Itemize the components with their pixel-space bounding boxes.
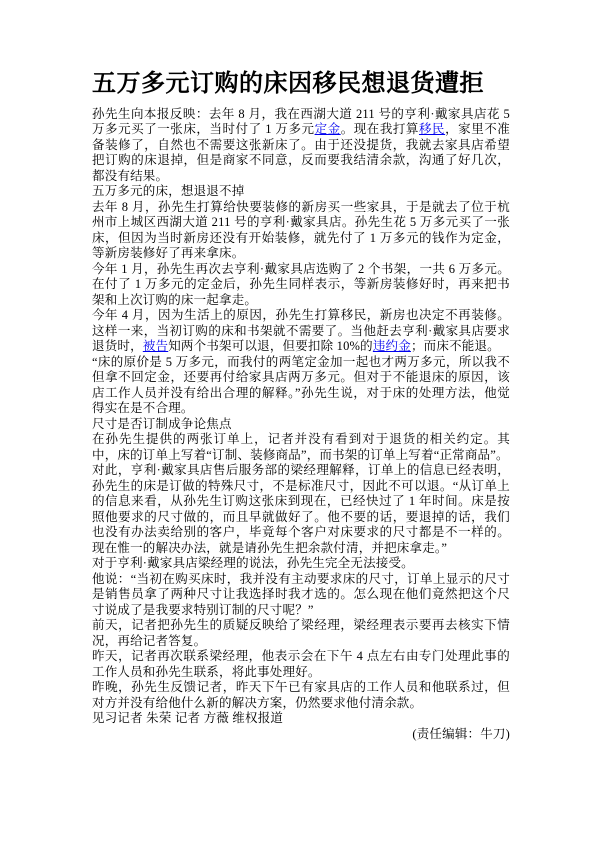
section-subhead: 尺寸是否订制成争论焦点	[92, 417, 510, 433]
inline-link[interactable]: 被告	[143, 339, 168, 353]
article-paragraph: 去年 8 月，孙先生打算给快要装修的新房买一些家具，于是就去了位于杭州市上城区西…	[92, 200, 510, 262]
article-page: 五万多元订购的床因移民想退货遭拒 孙先生向本报反映：去年 8 月，我在西湖大道 …	[0, 0, 595, 842]
article-paragraph: 昨晚，孙先生反馈记者，昨天下午已有家具店的工作人员和他联系过，但对方并没有给他什…	[92, 680, 510, 711]
editor-credit: (责任编辑：牛刀)	[92, 727, 510, 743]
article-paragraph: 昨天，记者再次联系梁经理，他表示会在下午 4 点左右由专门处理此事的工作人员和孙…	[92, 649, 510, 680]
article-paragraph: 对于亨利·戴家具店梁经理的说法，孙先生完全无法接受。	[92, 556, 510, 572]
article-paragraph: 前天，记者把孙先生的质疑反映给了梁经理，梁经理表示要再去核实下情况，再给记者答复…	[92, 618, 510, 649]
inline-link[interactable]: 移民	[419, 122, 445, 136]
section-subhead: 五万多元的床，想退退不掉	[92, 184, 510, 200]
article-paragraph: 孙先生向本报反映：去年 8 月，我在西湖大道 211 号的亨利·戴家具店花 5 …	[92, 107, 510, 185]
inline-link[interactable]: 定金	[315, 122, 341, 136]
article-paragraph: “床的原价是 5 万多元，而我付的两笔定金加一起也才两万多元，所以我不但拿不回定…	[92, 355, 510, 417]
article-title: 五万多元订购的床因移民想退货遭拒	[92, 71, 510, 98]
article-paragraph: 对此，亨利·戴家具店售后服务部的梁经理解释，订单上的信息已经表明，孙先生的床是订…	[92, 463, 510, 556]
byline: 见习记者 朱荣 记者 方薇 维权报道	[92, 711, 510, 727]
article-paragraph: 他说：“当初在购买床时，我并没有主动要求床的尺寸，订单上显示的尺寸是销售员拿了两…	[92, 572, 510, 619]
inline-link[interactable]: 违约金	[373, 339, 411, 353]
article-paragraph: 今年 4 月，因为生活上的原因，孙先生打算移民，新房也决定不再装修。这样一来，当…	[92, 308, 510, 355]
article-paragraph: 在孙先生提供的两张订单上，记者并没有看到对于退货的相关约定。其中，床的订单上写着…	[92, 432, 510, 463]
article-body: 孙先生向本报反映：去年 8 月，我在西湖大道 211 号的亨利·戴家具店花 5 …	[92, 107, 510, 743]
article-paragraph: 今年 1 月，孙先生再次去亨利·戴家具店选购了 2 个书架，一共 6 万多元。在…	[92, 262, 510, 309]
